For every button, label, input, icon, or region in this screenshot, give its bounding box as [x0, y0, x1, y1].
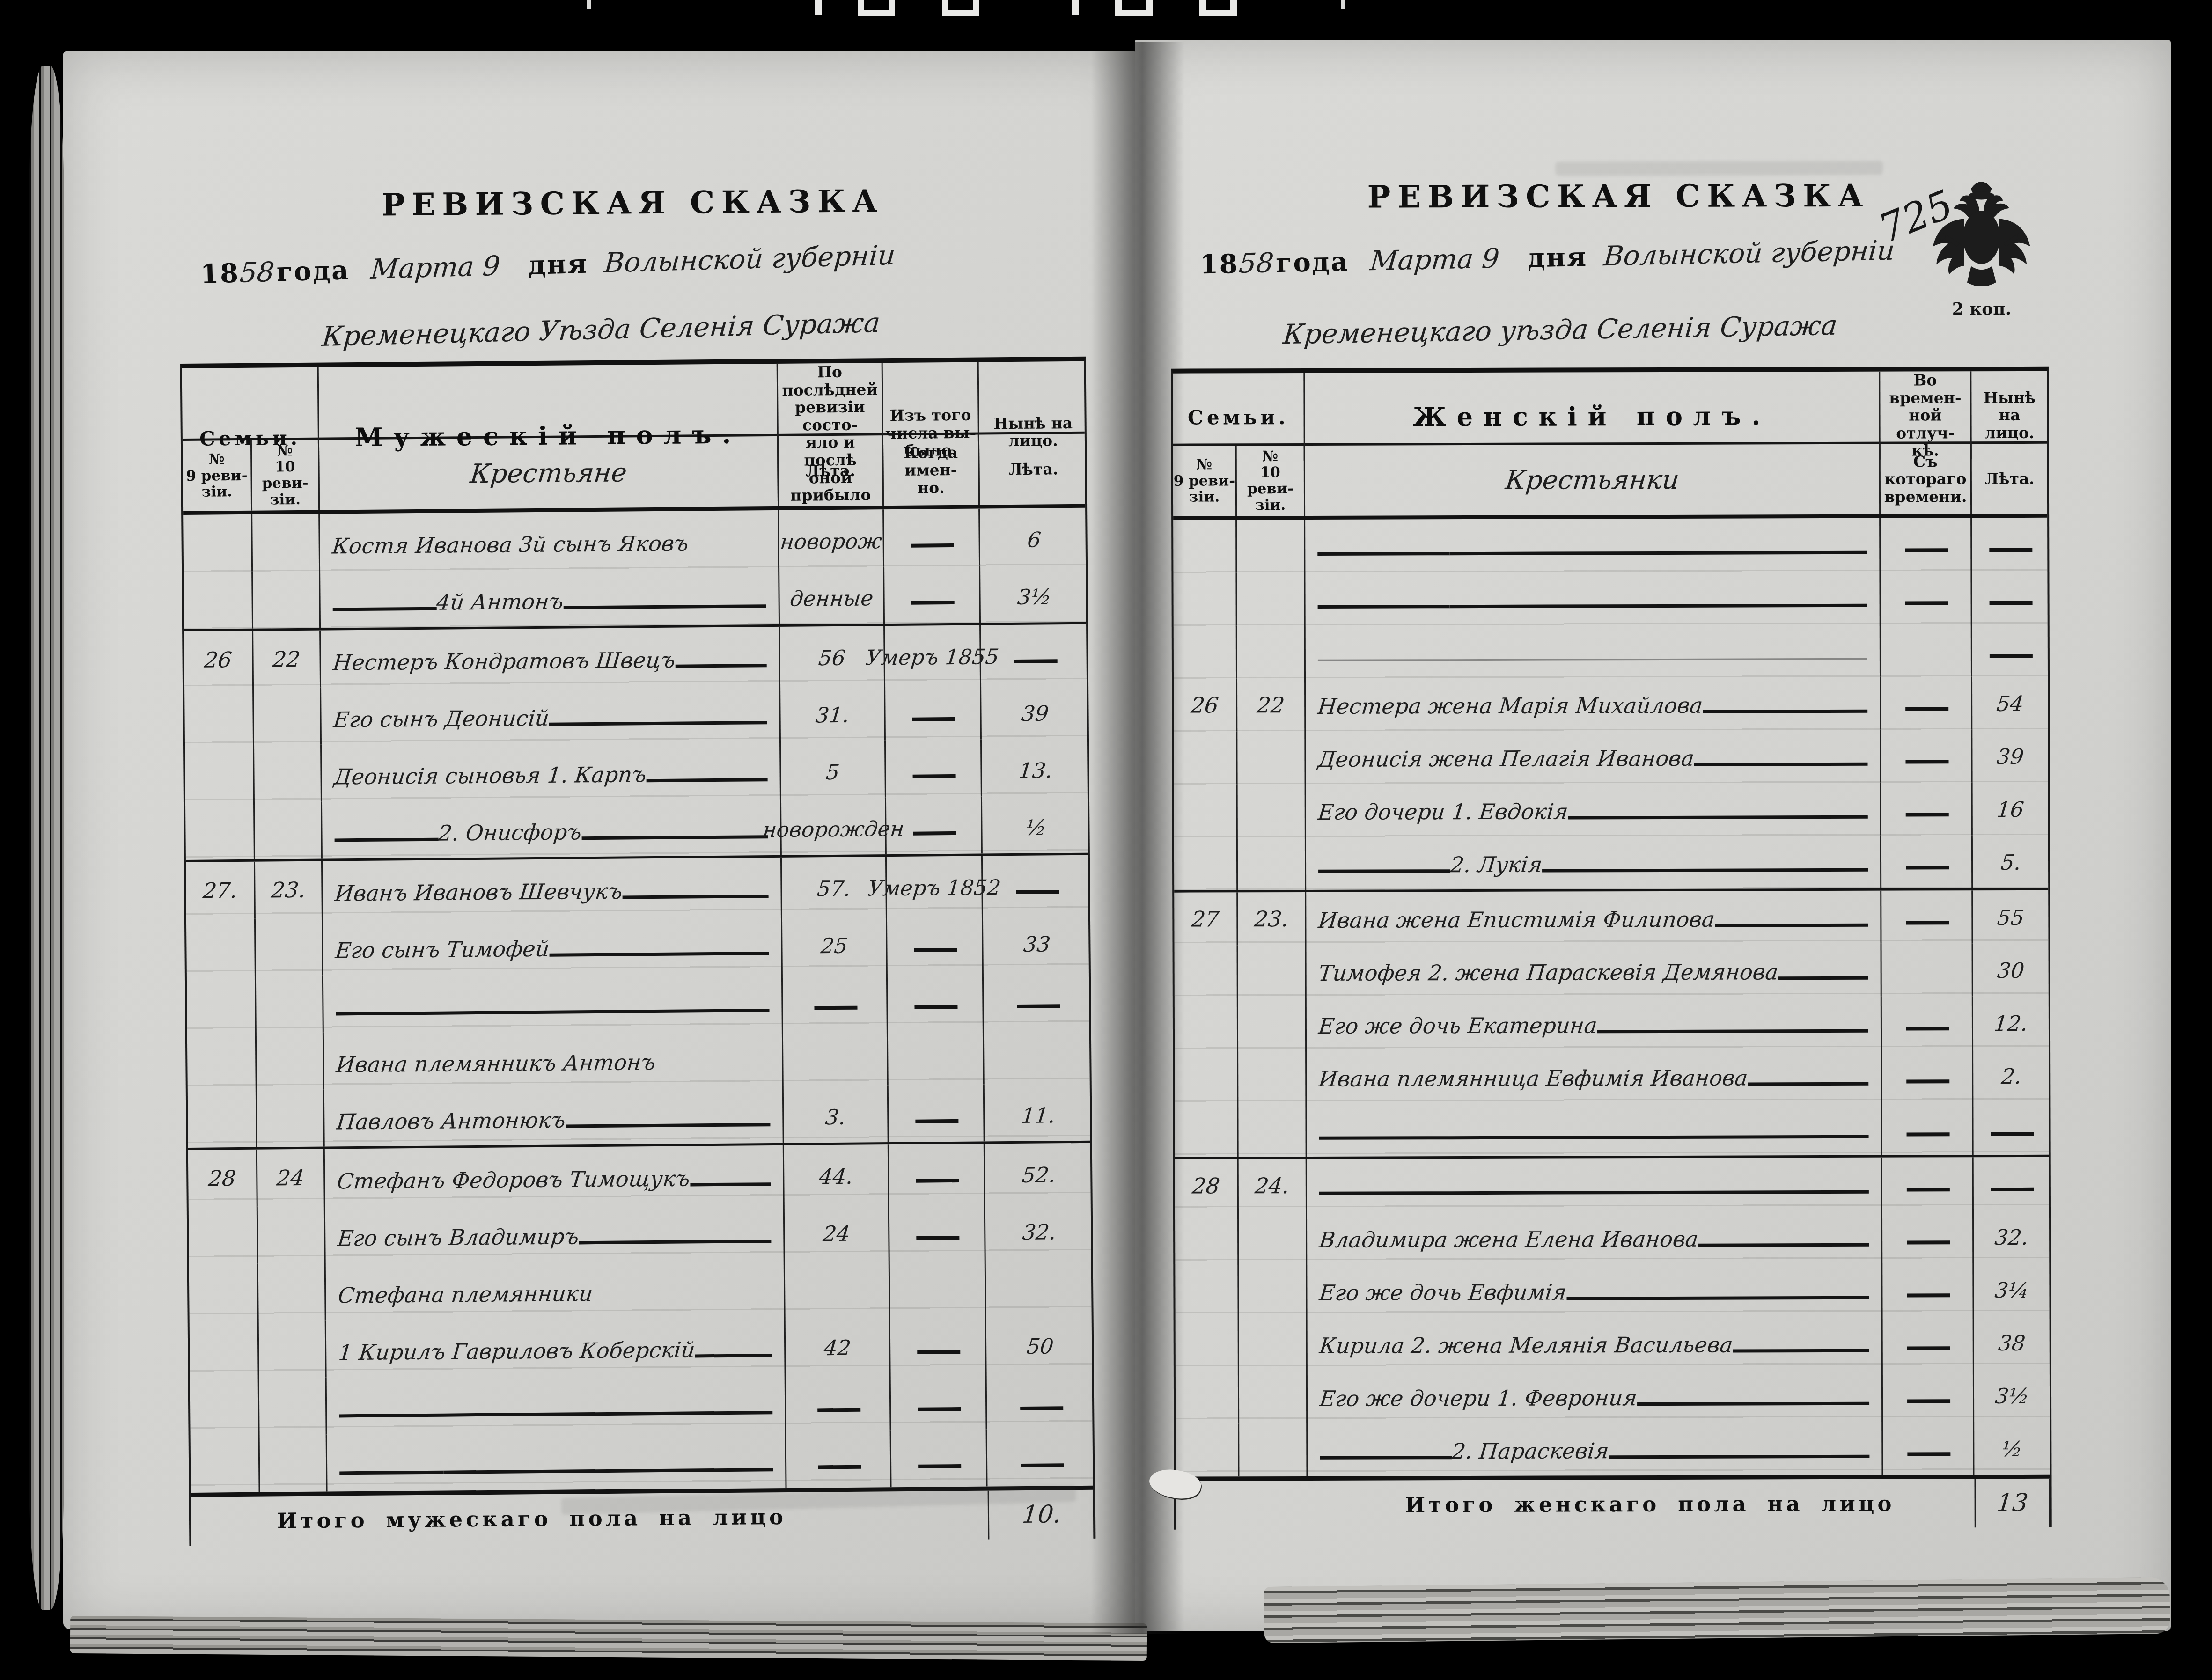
person-name: 2. Параскевія	[1451, 1440, 1610, 1462]
age-now-cell: 6	[980, 508, 1088, 566]
since-cell	[1881, 835, 1973, 888]
age-prev-cell: 31.	[780, 683, 886, 741]
fill-line	[1778, 976, 1868, 980]
age-now-cell: 50	[986, 1314, 1095, 1372]
since-cell	[1881, 624, 1972, 677]
table-row: Стефана племянники	[189, 1257, 1092, 1321]
rev10-cell: 23.	[1238, 892, 1306, 945]
fill-line	[564, 604, 766, 609]
name-cell: Нестера жена Марія Михайлова	[1306, 677, 1881, 731]
table-row: Его же дочери 1. Феврония 3½	[1176, 1369, 2050, 1424]
fill-line	[443, 1411, 772, 1417]
when-cell	[886, 797, 983, 855]
frame-counter	[0, 0, 2212, 19]
dash-mark	[1014, 659, 1058, 663]
age-prev-cell	[785, 1259, 890, 1317]
dash-mark	[1905, 548, 1948, 552]
table-row: Владимира жена Елена Иванова 32.	[1175, 1210, 2049, 1265]
dash-mark	[1907, 1188, 1950, 1191]
page-title: РЕВИЗСКАЯ СКАЗКА	[179, 181, 1088, 225]
rev9-cell	[185, 745, 255, 803]
page-stack-edge-left	[29, 66, 64, 1610]
rev9-cell: 28	[188, 1150, 258, 1207]
name-cell: Его же дочь Евфимія	[1307, 1263, 1882, 1318]
name-cell: Его же дочь Екатерина	[1307, 997, 1882, 1051]
name-cell: Его сынъ Тимофей	[323, 915, 783, 976]
rev9-cell	[190, 1321, 259, 1379]
dash-mark	[913, 774, 956, 778]
fill-line	[582, 835, 768, 840]
date-line: 1858 года Марта 9 дня Волынской губерніи	[1199, 235, 1895, 280]
table-row: Ивана племянникъ Антонъ	[187, 1027, 1090, 1091]
since-cell	[1883, 1422, 1974, 1475]
female-revision-table: Семьи. Женскій полъ. Во времен- ной отлу…	[1171, 367, 2051, 1530]
age-cell: 30	[1973, 943, 2049, 996]
table-header-row: Семьи. Мужескій полъ. По послѣдней ревиз…	[182, 361, 1085, 441]
ditto-line	[1318, 659, 1450, 661]
rev9-cell	[185, 802, 255, 860]
age-now-cell	[987, 1429, 1095, 1487]
rev10-cell	[259, 1378, 327, 1435]
counter-digit-0	[942, 0, 979, 16]
table-row: 27 23. Ивана жена Епистимія Филипова 55	[1174, 888, 2048, 946]
dash-mark	[1017, 1004, 1060, 1008]
fill-line	[443, 1468, 773, 1474]
when-header: Когда имен- но.	[883, 435, 980, 506]
table-row: Деонисія жена Пелагія Иванова 39	[1174, 729, 2048, 785]
fill-line	[440, 1009, 770, 1015]
dash-mark	[1020, 1406, 1063, 1410]
since-cell	[1881, 676, 1972, 730]
when-cell	[888, 970, 984, 1028]
table-body: Костя Иванова 3й сынъ Яковъ новорож 6 4й…	[183, 508, 1093, 1493]
since-cell	[1882, 1263, 1974, 1316]
age-cell: 32.	[1974, 1210, 2050, 1263]
age-now-header: Лѣта.	[979, 434, 1088, 505]
dash-mark	[911, 601, 955, 605]
rev10-cell	[1238, 945, 1307, 998]
when-cell	[889, 1144, 985, 1202]
table-row	[187, 969, 1089, 1034]
table-row	[190, 1372, 1093, 1436]
rev9-cell	[187, 1033, 257, 1091]
name-cell: Деонисія сыновья 1. Карпъ	[322, 741, 781, 802]
since-cell	[1882, 996, 1973, 1049]
table-header-row: Семьи. Женскій полъ. Во времен- ной отлу…	[1173, 371, 2047, 446]
rev9-cell: 26	[184, 631, 254, 689]
name-cell: 2. Лукія	[1306, 836, 1881, 890]
name-cell: Его сынъ Деонисій	[321, 684, 781, 745]
dash-mark	[1990, 601, 2033, 605]
dash-mark	[1907, 1452, 1950, 1456]
table-row: Павловъ Антонюкъ 3. 11.	[188, 1084, 1090, 1148]
age-now-cell: 39	[981, 682, 1089, 740]
person-name: Ивана жена Епистимія Филипова	[1317, 909, 1716, 931]
table-row: Тимофея 2. жена Параскевія Демянова 30	[1175, 943, 2049, 998]
since-cell	[1882, 1210, 1974, 1263]
rev9-cell	[190, 1378, 260, 1436]
rev10-cell	[1238, 784, 1306, 837]
table-row	[1174, 624, 2048, 679]
fill-line	[695, 1354, 772, 1357]
since-header: Съ котораго времени.	[1881, 444, 1972, 514]
dash-mark	[918, 1407, 961, 1411]
person-name: Стефанъ Федоровъ Тимощукъ	[336, 1167, 691, 1192]
rev10-cell	[1239, 1318, 1308, 1371]
age-now-cell: 3½	[980, 565, 1088, 623]
rev10-cell	[257, 1033, 324, 1090]
counter-digit-1	[1072, 0, 1079, 15]
table-row: Его же дочь Евфимія 3¼	[1175, 1263, 2049, 1318]
age-now-cell	[984, 1027, 1092, 1085]
rev10-cell: 23.	[255, 861, 323, 919]
rev9-cell	[188, 1090, 257, 1148]
table-row: 1 Кирилъ Гавриловъ Коберскій 42 50	[190, 1314, 1092, 1379]
name-cell	[1307, 1102, 1882, 1157]
dash-mark	[1905, 760, 1948, 763]
fill-line	[1748, 1082, 1868, 1086]
rev10-cell	[253, 571, 321, 629]
dash-mark	[911, 543, 954, 548]
table-subheader-row: № 9 реви- зіи. № 10 реви- зіи. Крестьянк…	[1173, 444, 2047, 520]
fill-line	[1694, 763, 1868, 766]
person-name: 2. Лукія	[1449, 854, 1543, 876]
when-cell	[890, 1315, 987, 1373]
rev10-cell: 22	[253, 631, 321, 688]
male-revision-table: Семьи. Мужескій полъ. По послѣдней ревиз…	[180, 357, 1095, 1546]
when-cell	[888, 1027, 985, 1086]
name-cell: Ивана племянникъ Антонъ	[324, 1029, 784, 1090]
table-row: Его сынъ Деонисій 31. 39	[184, 682, 1087, 746]
rev9-cell	[184, 688, 254, 746]
when-cell	[884, 509, 980, 567]
dash-mark	[1907, 1346, 1950, 1350]
rev10-cell	[1239, 1212, 1307, 1265]
age-cell	[1974, 1157, 2050, 1210]
location-line: Кременецкаго уѣзда Селенія Суража	[1162, 307, 1959, 352]
table-body: 26 22 Нестера жена Марія Михайлова 54 Де…	[1173, 518, 2050, 1477]
when-cell	[886, 740, 982, 798]
name-cell	[1306, 624, 1881, 678]
fill-line	[1568, 815, 1868, 820]
printed-dnya: дня	[1527, 242, 1587, 274]
dash-mark	[1906, 1027, 1949, 1030]
handwritten-year: 58	[238, 256, 275, 289]
age-now-cell: 52.	[985, 1143, 1093, 1201]
ditto-line	[1319, 1136, 1451, 1140]
age-header: Лѣта.	[1972, 444, 2048, 514]
age-cell: 39	[1972, 729, 2048, 782]
rev10-cell	[1237, 572, 1305, 625]
since-cell	[1881, 890, 1973, 944]
dash-mark	[1906, 1079, 1949, 1083]
name-cell	[327, 1374, 786, 1435]
age-prev-cell: 42	[786, 1316, 891, 1374]
fill-line	[549, 952, 769, 957]
fill-line	[690, 1182, 771, 1186]
age-now-cell: 33	[983, 912, 1091, 970]
table-row	[191, 1429, 1093, 1493]
dash-mark	[916, 1179, 959, 1183]
age-prev-cell: денные	[779, 566, 885, 624]
ditto-line	[1320, 1456, 1452, 1460]
rev10-cell	[256, 976, 324, 1033]
table-row	[1173, 571, 2047, 626]
name-cell: 2. Параскевія	[1308, 1422, 1883, 1476]
name-cell: 4й Антонъ	[320, 567, 780, 628]
ditto-line	[1318, 605, 1450, 609]
handwritten-day: Марта 9	[369, 250, 501, 286]
name-cell: Кирила 2. жена Мелянія Васильева	[1308, 1316, 1883, 1371]
since-cell	[1882, 1102, 1973, 1155]
rev10-header: № 10 реви- зіи.	[252, 440, 320, 511]
fill-line	[549, 721, 767, 726]
dash-mark	[918, 1464, 961, 1468]
location-line: Кременецкаго Уѣзда Селенія Суража	[180, 303, 1023, 356]
rev9-cell	[184, 572, 253, 629]
rev10-cell	[260, 1435, 328, 1492]
name-cell	[1305, 518, 1881, 572]
fill-line	[1451, 1190, 1869, 1195]
person-name: Костя Иванова 3й сынъ Яковъ	[331, 532, 689, 557]
rev9-cell	[187, 976, 257, 1034]
age-cell: 54	[1972, 676, 2048, 729]
age-now-cell	[987, 1372, 1095, 1430]
dash-mark	[1905, 707, 1948, 711]
fill-line	[566, 1123, 770, 1128]
printed-year-prefix: 18	[1199, 249, 1239, 280]
rev10-cell	[257, 1090, 325, 1147]
dash-mark	[1906, 866, 1949, 869]
ditto-line	[333, 607, 437, 611]
table-row: Его сынъ Владимиръ 24 32.	[189, 1200, 1091, 1264]
rev10-cell	[1238, 837, 1306, 890]
dash-mark	[914, 948, 957, 952]
person-name: Нестера жена Марія Михайлова	[1317, 695, 1704, 717]
dash-mark	[914, 1005, 957, 1009]
fill-line	[623, 895, 769, 899]
dash-mark	[817, 1408, 860, 1412]
rev9-cell	[1176, 1423, 1239, 1476]
printed-dnya: дня	[528, 249, 588, 281]
ditto-line	[339, 1471, 443, 1475]
table-row: 26 22 Нестеръ Кондратовъ Швецъ 56 Умеръ …	[184, 622, 1087, 689]
table-row	[1175, 1102, 2049, 1157]
printed-year-prefix: 18	[200, 258, 240, 290]
table-subheader-row: № 9 реви- зіи. № 10 реви- зіи. Крестьяне…	[183, 434, 1085, 515]
handwritten-location: Кременецкаго Уѣзда Селенія Суража	[321, 307, 882, 352]
person-name: 4й Антонъ	[436, 591, 565, 613]
counter-fragment	[587, 0, 591, 9]
dash-mark	[916, 1236, 959, 1240]
fill-line	[579, 1240, 771, 1244]
fill-line	[1450, 658, 1867, 661]
since-cell	[1882, 1049, 1973, 1102]
when-cell	[889, 1085, 985, 1143]
rev10-cell	[1238, 998, 1307, 1051]
handwritten-province: Волынской губерніи	[603, 239, 897, 279]
fill-line	[1597, 1029, 1868, 1034]
table-row: 2. Лукія 5.	[1174, 835, 2048, 890]
ditto-line	[335, 838, 439, 842]
fill-line	[1449, 604, 1867, 608]
age-prev-cell	[783, 971, 888, 1029]
rev10-cell	[1237, 520, 1305, 572]
rev9-cell	[1175, 1265, 1239, 1318]
age-now-cell: 32.	[985, 1200, 1094, 1258]
estate-header: Крестьянки	[1305, 444, 1881, 516]
table-row: Кирила 2. жена Мелянія Васильева 38	[1176, 1316, 2050, 1371]
counter-digit-0	[1115, 0, 1153, 16]
dash-mark	[1907, 1293, 1950, 1297]
rev10-cell	[258, 1263, 326, 1321]
age-now-cell	[984, 969, 1092, 1027]
when-cell	[890, 1258, 986, 1316]
since-cell	[1881, 729, 1972, 783]
counter-fragment	[1341, 0, 1345, 9]
since-cell	[1881, 518, 1972, 571]
table-row	[1173, 518, 2047, 573]
table-row: Костя Иванова 3й сынъ Яковъ новорож 6	[183, 508, 1086, 572]
age-prev-cell	[783, 1028, 889, 1086]
dash-mark	[912, 717, 955, 721]
when-cell: Умеръ 1852	[887, 856, 983, 914]
dash-mark	[1021, 1463, 1064, 1467]
fill-line	[1609, 1455, 1869, 1459]
age-prev-cell: 5	[781, 740, 886, 798]
rev9-cell	[189, 1207, 258, 1264]
printed-goda: года	[1276, 246, 1350, 279]
handwritten-province: Волынской губерніи	[1602, 235, 1896, 272]
dash-mark	[1991, 1132, 2034, 1136]
rev10-cell: 22	[1237, 678, 1306, 731]
table-row: 26 22 Нестера жена Марія Михайлова 54	[1174, 676, 2048, 732]
fill-line	[647, 778, 768, 782]
fill-line	[1698, 1243, 1869, 1247]
fill-line	[1715, 924, 1868, 927]
name-cell: Стефана племянники	[326, 1260, 786, 1321]
total-value: 13	[1995, 1489, 2029, 1517]
rev9-cell: 27.	[186, 862, 256, 919]
name-cell: Стефанъ Федоровъ Тимощукъ	[325, 1145, 785, 1206]
rev9-cell	[191, 1435, 260, 1493]
age-cell: 55	[1973, 890, 2049, 943]
since-cell	[1883, 1369, 1974, 1422]
fill-line	[1542, 868, 1868, 873]
person-name: Его сынъ Деонисій	[332, 707, 550, 731]
total-label: Итого женскаго пола на лицо	[1176, 1491, 1975, 1518]
rev9-cell: 28	[1175, 1159, 1239, 1212]
person-name: Его же дочь Евфимія	[1318, 1281, 1567, 1303]
rev9-cell	[183, 514, 253, 572]
dash-mark	[818, 1465, 861, 1469]
total-value: 10.	[1021, 1500, 1063, 1529]
date-line: 1858 года Марта 9 дня Волынской губерніи	[200, 239, 896, 290]
when-cell	[891, 1372, 987, 1431]
person-name: Владимира жена Елена Иванова	[1318, 1228, 1699, 1251]
name-cell: Тимофея 2. жена Параскевія Демянова	[1307, 944, 1882, 998]
total-row: Итого женскаго пола на лицо 13	[1176, 1475, 2050, 1530]
person-name: 1 Кирилъ Гавриловъ Коберскій	[338, 1339, 696, 1363]
when-cell	[891, 1430, 988, 1488]
person-name: Его же дочери 1. Феврония	[1319, 1387, 1639, 1409]
age-prev-cell: 25	[782, 914, 888, 972]
rev9-cell	[1175, 1212, 1239, 1265]
name-cell: Его сынъ Владимиръ	[325, 1203, 785, 1263]
dash-mark	[915, 1119, 958, 1123]
table-row: 2. Параскевія ½	[1176, 1422, 2050, 1477]
name-cell	[327, 1431, 787, 1492]
person-name: Нестеръ Кондратовъ Швецъ	[332, 649, 676, 674]
rev10-cell	[1239, 1265, 1307, 1318]
person-name: Павловъ Антонюкъ	[336, 1109, 566, 1133]
fill-line	[1733, 1349, 1869, 1353]
table-row: 27. 23. Иванъ Ивановъ Шевчукъ 57. Умеръ …	[186, 853, 1088, 919]
age-now-cell: ½	[982, 796, 1090, 854]
rev10-cell	[254, 688, 322, 745]
ditto-line	[1318, 869, 1450, 873]
rev10-cell	[256, 918, 323, 976]
person-name: Его дочери 1. Евдокія	[1317, 800, 1569, 822]
rev10-cell: 24	[257, 1149, 325, 1207]
age-cell: 16	[1973, 782, 2049, 835]
left-page: РЕВИЗСКАЯ СКАЗКА 1858 года Марта 9 дня В…	[63, 51, 1135, 1629]
page-stack-edge-bottom-right	[1264, 1577, 2170, 1643]
rev10-cell	[252, 514, 320, 572]
fill-line	[1451, 1135, 1868, 1139]
table-row: Ивана племянница Евфимія Иванова 2.	[1175, 1049, 2049, 1104]
since-cell	[1881, 571, 1972, 624]
name-cell: Нестеръ Кондратовъ Швецъ	[321, 627, 780, 688]
person-name: 2. Онисфоръ	[438, 821, 583, 844]
when-cell	[885, 682, 982, 741]
rev9-cell	[189, 1264, 259, 1321]
rev10-cell	[259, 1321, 327, 1378]
dash-mark	[913, 831, 956, 836]
when-cell	[887, 913, 984, 971]
fill-line	[1637, 1402, 1869, 1406]
person-name: Ивана племянникъ Антонъ	[335, 1051, 656, 1075]
dash-mark	[1907, 1399, 1950, 1403]
since-cell	[1881, 943, 1973, 997]
age-cell: 3½	[1974, 1369, 2050, 1422]
name-cell	[1305, 571, 1881, 625]
table-row: Его же дочь Екатерина 12.	[1175, 996, 2049, 1051]
dash-mark	[1016, 890, 1059, 894]
age-cell	[1972, 518, 2048, 571]
ditto-line	[1319, 1191, 1451, 1195]
rev10-cell	[1238, 1051, 1307, 1104]
dash-mark	[1906, 813, 1949, 816]
dash-mark	[1905, 601, 1948, 605]
person-name: Кирила 2. жена Мелянія Васильева	[1318, 1334, 1734, 1357]
dash-mark	[1991, 1188, 2034, 1191]
name-cell: 1 Кирилъ Гавриловъ Коберскій	[326, 1317, 786, 1378]
table-row: Его сынъ Тимофей 25 33	[186, 912, 1089, 976]
name-cell	[1307, 1158, 1882, 1212]
fill-line	[1449, 551, 1867, 555]
fill-line	[1566, 1296, 1869, 1300]
rev10-cell	[1238, 1104, 1307, 1157]
total-value-cell: 13	[1974, 1479, 2050, 1527]
age-now-cell	[983, 855, 1091, 913]
name-cell: Ивана племянница Евфимія Иванова	[1307, 1049, 1882, 1104]
rev9-cell	[186, 919, 256, 976]
table-row: Деонисія сыновья 1. Карпъ 5 13.	[185, 739, 1088, 803]
age-cell: 38	[1974, 1316, 2050, 1369]
rev10-header: № 10 реви- зіи.	[1237, 446, 1305, 516]
page-stack-edge-bottom	[70, 1616, 1147, 1661]
